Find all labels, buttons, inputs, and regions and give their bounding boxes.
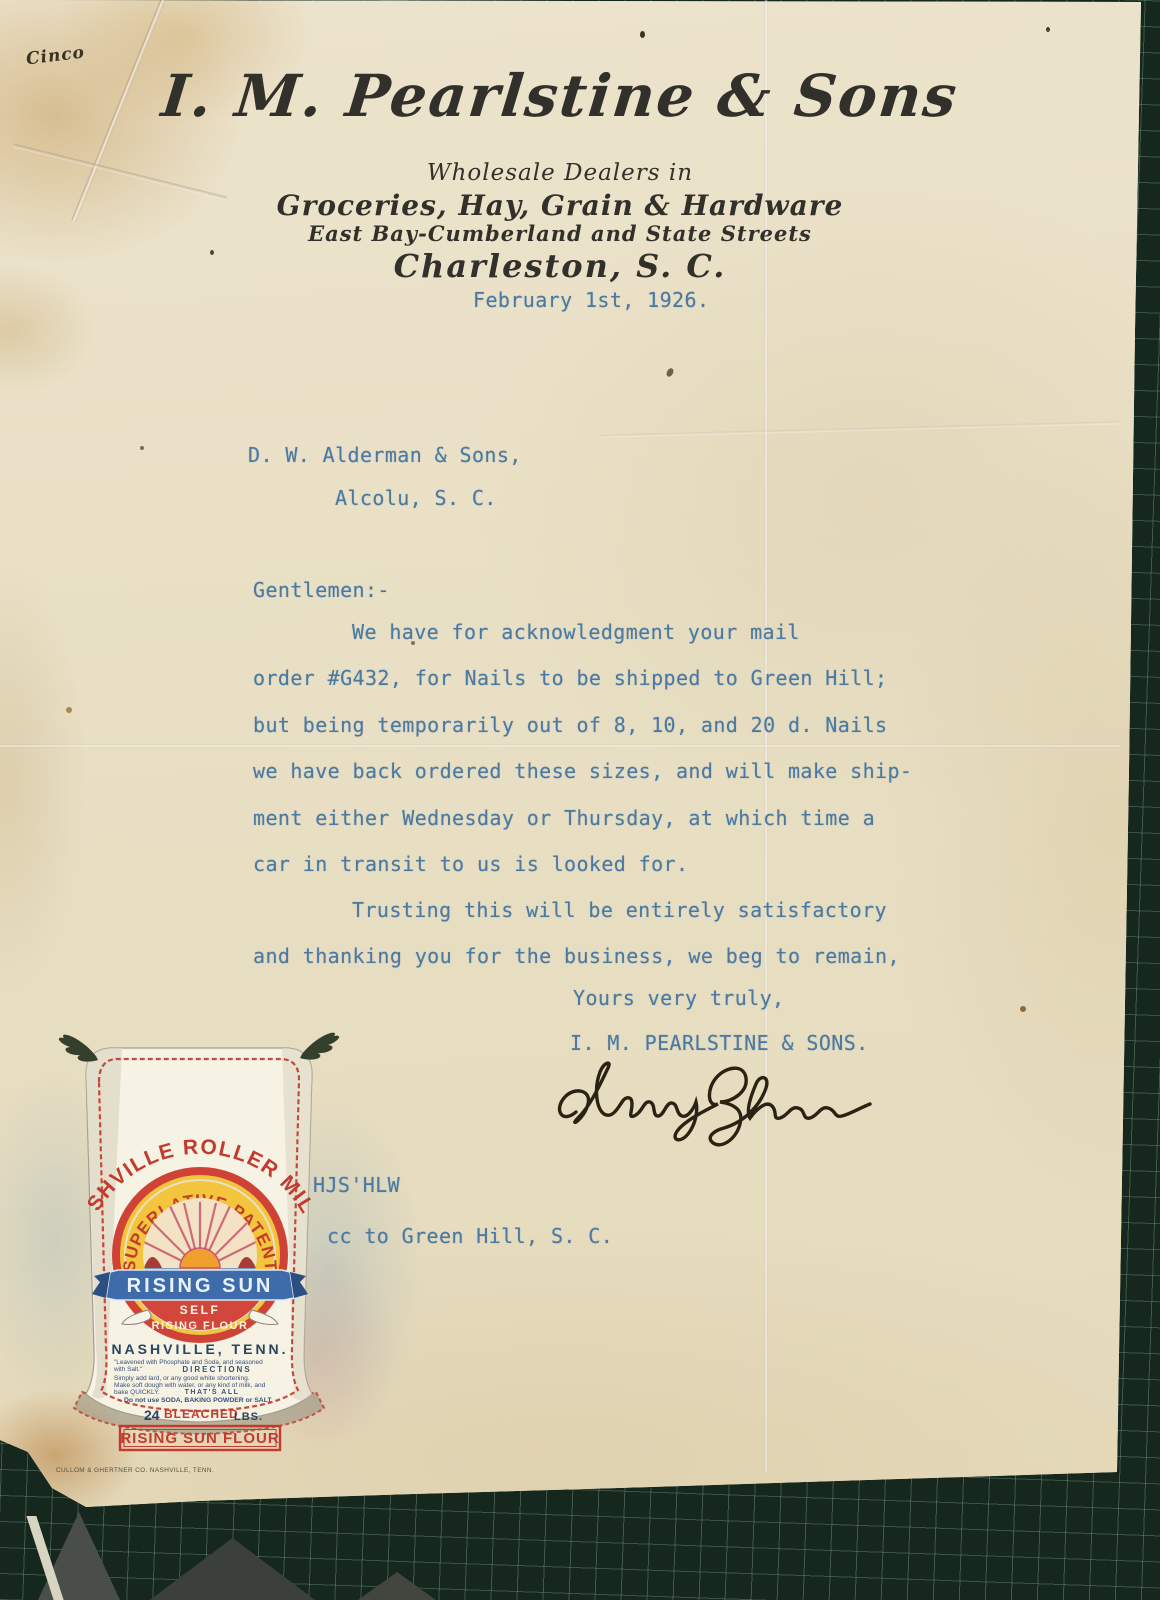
- sack-box-label: RISING SUN FLOUR: [120, 1430, 279, 1447]
- typed-body-line-1: We have for acknowledgment your mail: [352, 620, 800, 644]
- sack-directions-1: Simply add lard, or any good white short…: [114, 1375, 250, 1382]
- typed-date: February 1st, 1926.: [473, 288, 709, 312]
- typed-cc-line: cc to Green Hill, S. C.: [327, 1224, 613, 1248]
- sack-note-2: with Salt.": [113, 1366, 142, 1373]
- emblem-rising-flour: RISING FLOUR: [152, 1320, 249, 1332]
- letterhead-tagline: Wholesale Dealers in: [0, 160, 1120, 186]
- typed-body-line-8: and thanking you for the business, we be…: [253, 944, 900, 968]
- letterhead-city: Charleston, S. C.: [0, 247, 1120, 285]
- ink-speck: [140, 446, 144, 450]
- sack-city: NASHVILLE, TENN.: [111, 1341, 288, 1357]
- typed-body-line-4: we have back ordered these sizes, and wi…: [253, 759, 912, 783]
- handwritten-signature: [548, 1046, 878, 1151]
- letterhead-products: Groceries, Hay, Grain & Hardware: [0, 189, 1120, 222]
- printer-credit: CULLOM & GHERTNER CO. NASHVILLE, TENN.: [56, 1467, 214, 1474]
- typed-body-line-2: order #G432, for Nails to be shipped to …: [253, 666, 888, 690]
- sack-weight-number: 24: [144, 1407, 160, 1423]
- letterhead-street-address: East Bay-Cumberland and State Streets: [0, 221, 1120, 246]
- letterhead-company-name: I. M. Pearlstine & Sons: [0, 62, 1124, 130]
- ink-speck: [1020, 1006, 1026, 1012]
- emblem-banner-text: RISING SUN: [127, 1275, 274, 1297]
- emblem-self: SELF: [180, 1303, 221, 1317]
- typed-body-line-6: car in transit to us is looked for.: [253, 852, 688, 876]
- sack-ear-left: [59, 1035, 98, 1062]
- sack-directions-2: Make soft dough with water, or any kind …: [114, 1382, 266, 1389]
- typed-recipient-name: D. W. Alderman & Sons,: [248, 443, 522, 467]
- sack-directions-4: Do not use SODA, BAKING POWDER or SALT.: [124, 1397, 273, 1404]
- typed-salutation: Gentlemen:-: [253, 578, 390, 602]
- typed-body-line-5: ment either Wednesday or Thursday, at wh…: [253, 806, 875, 830]
- ink-speck: [640, 31, 645, 38]
- ink-speck: [66, 707, 72, 713]
- typed-body-line-3: but being temporarily out of 8, 10, and …: [253, 713, 888, 737]
- typed-closing: Yours very truly,: [573, 986, 785, 1010]
- photo-corner-right: [358, 1572, 436, 1600]
- typed-body-line-7: Trusting this will be entirely satisfact…: [352, 898, 887, 922]
- sack-directions-title: DIRECTIONS: [182, 1365, 251, 1374]
- photo-corner-middle: [150, 1538, 315, 1600]
- photo-background-mat: Cinco I. M. Pearlstine & Sons Wholesale …: [0, 0, 1160, 1600]
- sack-ear-right: [300, 1033, 339, 1060]
- typed-recipient-city: Alcolu, S. C.: [335, 486, 497, 510]
- sack-weight-lbs: LBS.: [234, 1411, 263, 1423]
- ink-speck: [1046, 27, 1050, 32]
- sack-directions-3: bake QUICKLY.: [114, 1389, 160, 1396]
- flour-sack-illustration: NASHVILLE ROLLER MILLS SUPERLATIVE PATEN…: [52, 1030, 347, 1480]
- sack-weight-bleached: BLEACHED: [164, 1407, 239, 1421]
- sack-thats-all: THAT'S ALL: [185, 1389, 240, 1396]
